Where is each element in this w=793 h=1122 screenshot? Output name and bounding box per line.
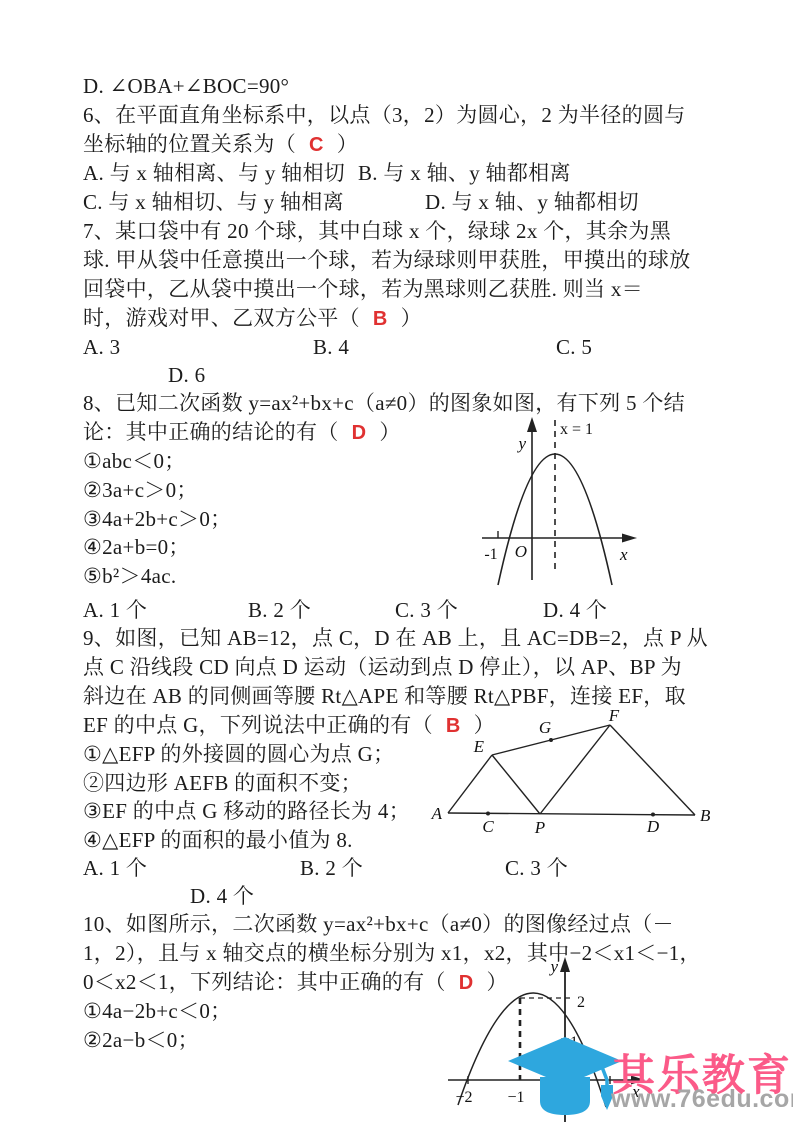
option-item: A. 1 个 [83, 854, 147, 883]
text-line: 9、如图，已知 AB=12，点 C，D 在 AB 上，且 AC=DB=2，点 P… [83, 624, 708, 653]
text-line: ②2a−b＜0； [83, 1026, 199, 1055]
answer-letter: B [373, 308, 388, 330]
text-line: 8、已知二次函数 y=ax²+bx+c（a≠0）的图象如图，有下列 5 个结 [83, 389, 685, 418]
option-item: D. 与 x 轴、y 轴都相切 [425, 188, 639, 217]
text-line: 0＜x2＜1，下列结论：其中正确的有（D） [83, 968, 508, 997]
cap-tassel-cord [602, 1067, 607, 1087]
text-line: ①abc＜0； [83, 447, 186, 476]
text-line: 10、如图所示，二次函数 y=ax²+bx+c（a≠0）的图像经过点（－ [83, 910, 674, 939]
text-line: 坐标轴的位置关系为（C） [83, 130, 358, 159]
text-line: ④△EFP 的面积的最小值为 8. [83, 826, 353, 855]
text-line: 斜边在 AB 的同侧画等腰 Rt△APE 和等腰 Rt△PBF，连接 EF，取 [83, 682, 686, 711]
option-item: C. 5 [556, 333, 592, 362]
option-item: C. 3 个 [395, 596, 458, 625]
option-item: B. 与 x 轴、y 轴都相离 [358, 159, 571, 188]
text-line: A. 1 个B. 2 个C. 3 个 [0, 854, 793, 883]
answer-letter: D [352, 422, 367, 444]
text-line: ③EF 的中点 G 移动的路径长为 4； [83, 797, 410, 826]
watermark-url: www.76edu.com [611, 1085, 793, 1114]
text-line: EF 的中点 G，下列说法中正确的有（B） [83, 711, 495, 740]
text-line: 球. 甲从袋中任意摸出一个球，若为绿球则甲获胜，甲摸出的球放 [83, 246, 691, 275]
option-item: A. 与 x 轴相离、与 y 轴相切 [83, 159, 345, 188]
text-line: ②3a+c＞0； [83, 476, 198, 505]
option-item: B. 4 [313, 333, 349, 362]
text-line: ②四边形 AEFB 的面积不变； [83, 769, 362, 798]
option-item: B. 2 个 [300, 854, 363, 883]
text-line: D. 4 个 [190, 882, 254, 911]
text-line: ①4a−2b+c＜0； [83, 997, 231, 1026]
text-line: 回袋中，乙从袋中摸出一个球，若为黑球则乙获胜. 则当 x＝ [83, 275, 643, 304]
text-line: 6、在平面直角坐标系中，以点（3，2）为圆心，2 为半径的圆与 [83, 101, 686, 130]
option-item: A. 3 [83, 333, 120, 362]
text-line: 1，2），且与 x 轴交点的横坐标分别为 x1，x2，其中−2＜x1＜−1， [83, 939, 701, 968]
text-line: A. 3B. 4C. 5 [0, 333, 793, 362]
graduation-cap-icon [506, 1037, 624, 1122]
text-line: 时，游戏对甲、乙双方公平（B） [83, 304, 422, 333]
answer-letter: D [459, 972, 474, 994]
text-line: 论：其中正确的结论的有（D） [83, 418, 401, 447]
text-line: A. 与 x 轴相离、与 y 轴相切B. 与 x 轴、y 轴都相离 [0, 159, 793, 188]
answer-letter: B [446, 715, 461, 737]
text-line: 7、某口袋中有 20 个球，其中白球 x 个，绿球 2x 个，其余为黑 [83, 217, 671, 246]
text-line: D. 6 [168, 361, 205, 390]
text-line: D. ∠OBA+∠BOC=90° [83, 72, 289, 101]
option-item: A. 1 个 [83, 596, 147, 625]
document-text: D. ∠OBA+∠BOC=90°6、在平面直角坐标系中，以点（3，2）为圆心，2… [0, 0, 793, 1122]
answer-letter: C [309, 134, 324, 156]
option-item: B. 2 个 [248, 596, 311, 625]
exam-page: D. ∠OBA+∠BOC=90°6、在平面直角坐标系中，以点（3，2）为圆心，2… [0, 0, 793, 1122]
text-line: ③4a+2b+c＞0； [83, 505, 231, 534]
text-line: 点 C 沿线段 CD 向点 D 运动（运动到点 D 停止），以 AP、BP 为 [83, 653, 682, 682]
option-item: C. 3 个 [505, 854, 568, 883]
option-item: C. 与 x 轴相切、与 y 轴相离 [83, 188, 344, 217]
text-line: ④2a+b=0； [83, 533, 190, 562]
text-line: A. 1 个B. 2 个C. 3 个D. 4 个 [0, 596, 793, 625]
text-line: ①△EFP 的外接圆的圆心为点 G； [83, 740, 394, 769]
text-line: C. 与 x 轴相切、与 y 轴相离D. 与 x 轴、y 轴都相切 [0, 188, 793, 217]
text-line: ⑤b²＞4ac. [83, 562, 176, 591]
option-item: D. 4 个 [543, 596, 607, 625]
